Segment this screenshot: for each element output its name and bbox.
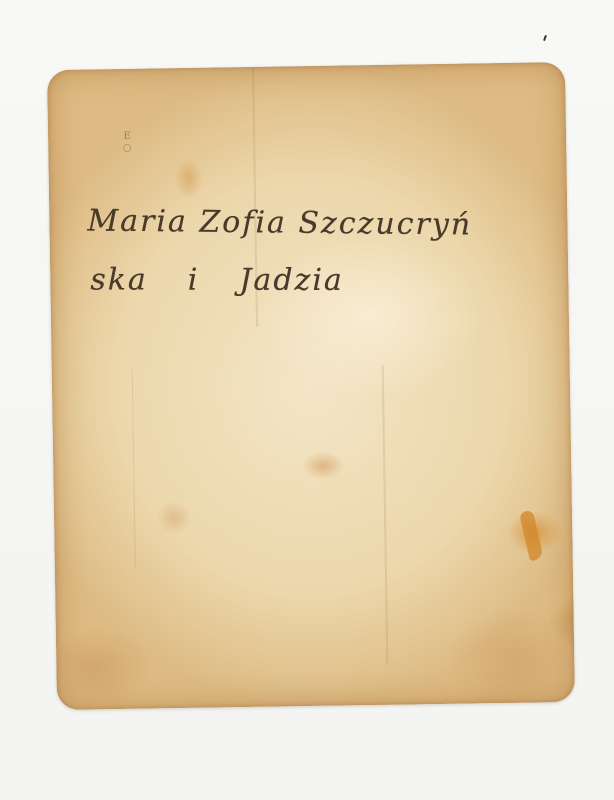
handwritten-inscription: Maria Zofia Szczucryń skaiJadzia <box>79 202 550 301</box>
crease-line <box>382 365 389 665</box>
crease-line <box>132 369 136 569</box>
inscription-line-2: skaiJadzia <box>90 262 550 298</box>
photo-card-back: E ○ Maria Zofia Szczucryń skaiJadzia <box>47 62 575 710</box>
photo-background: E ○ Maria Zofia Szczucryń skaiJadzia <box>0 0 614 800</box>
inscription-word: ska <box>90 262 148 297</box>
corner-mark-letter: E <box>123 131 130 142</box>
inscription-word: i <box>188 263 200 298</box>
stain-drip <box>519 510 544 562</box>
corner-mark: E ○ <box>118 131 137 171</box>
dust-speck <box>543 35 547 41</box>
inscription-word: Jadzia <box>239 263 343 298</box>
inscription-line-1: Maria Zofia Szczucryń <box>87 203 549 243</box>
